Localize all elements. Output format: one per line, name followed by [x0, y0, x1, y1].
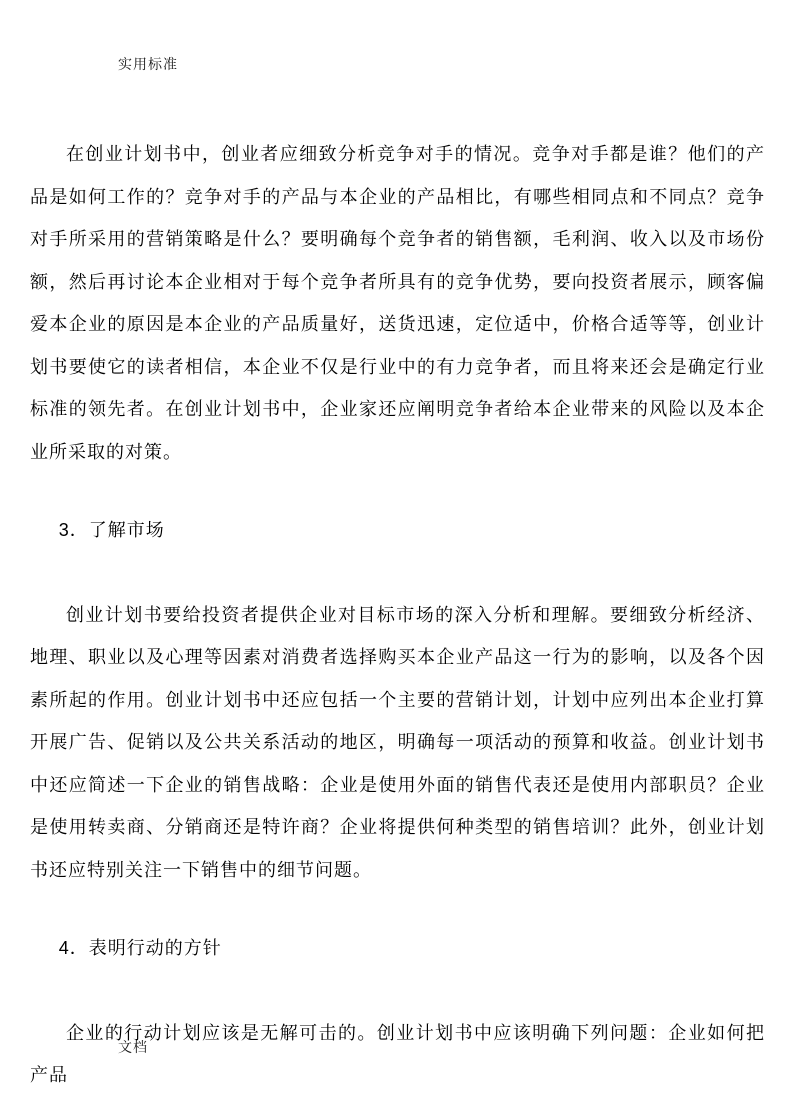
document-page: 实用标准 在创业计划书中，创业者应细致分析竞争对手的情况。竞争对手都是谁？他们的…: [0, 0, 792, 1120]
document-body: 在创业计划书中，创业者应细致分析竞争对手的情况。竞争对手都是谁？他们的产品是如何…: [30, 133, 765, 1097]
page-header: 实用标准: [118, 54, 178, 74]
page-footer: 文档: [118, 1037, 148, 1057]
paragraph-market-analysis: 创业计划书要给投资者提供企业对目标市场的深入分析和理解。要细致分析经济、地理、职…: [30, 594, 765, 892]
paragraph-competitor-analysis: 在创业计划书中，创业者应细致分析竞争对手的情况。竞争对手都是谁？他们的产品是如何…: [30, 133, 765, 473]
heading-know-market: 3．了解市场: [30, 509, 765, 552]
heading-action-plan: 4．表明行动的方针: [30, 927, 765, 970]
